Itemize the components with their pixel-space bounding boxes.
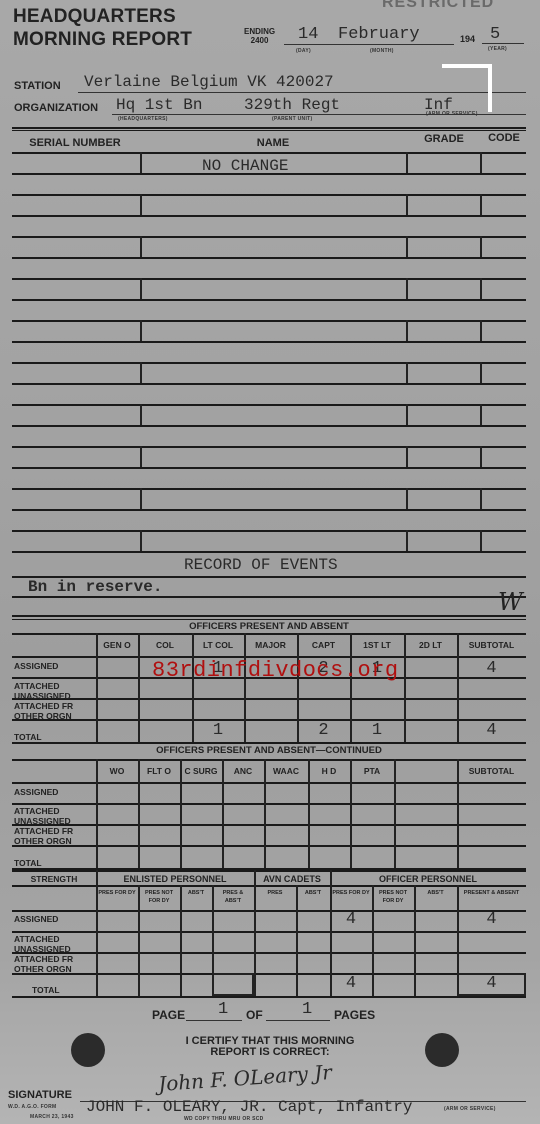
cell-value: 4 <box>330 974 372 993</box>
report-day: 14 <box>298 25 318 44</box>
cell-value: 2 <box>297 721 350 740</box>
strength-subcolumn: ABS'T <box>180 889 212 897</box>
white-bracket-mark <box>442 64 492 112</box>
col-header: WAAC <box>264 766 308 776</box>
col-header: C SURG <box>180 766 222 776</box>
col-serial-number: SERIAL NUMBER <box>14 137 136 149</box>
strength-group-header: OFFICER PERSONNEL <box>330 874 526 884</box>
title-headquarters: HEADQUARTERS <box>13 7 176 27</box>
col-name: NAME <box>140 137 406 149</box>
row-label: ATTACHEDUNASSIGNED <box>14 806 98 826</box>
page-number: 1 <box>218 1000 228 1019</box>
col-header: MAJOR <box>244 640 297 650</box>
col-header: PTA <box>350 766 394 776</box>
cell-value: 4 <box>457 659 526 678</box>
strength-label: STRENGTH <box>14 874 94 884</box>
total-pages: 1 <box>302 1000 312 1019</box>
strength-subcolumn: PRES NOT FOR DY <box>372 889 414 905</box>
page-label: PAGE <box>152 1008 185 1022</box>
col-code: CODE <box>482 132 526 144</box>
ending-label: ENDING 2400 <box>244 27 275 45</box>
handwritten-initial: W <box>498 588 523 616</box>
row-label: ATTACHED FROTHER ORGN <box>14 701 98 721</box>
cell-value: 1 <box>350 721 404 740</box>
col-header: LT COL <box>192 640 244 650</box>
officers-continued-heading: OFFICERS PRESENT AND ABSENT—CONTINUED <box>12 745 526 756</box>
cell-value: 4 <box>457 974 526 993</box>
cell-value: 4 <box>457 721 526 740</box>
morning-report-document: RESTRICTED HEADQUARTERS MORNING REPORT E… <box>0 0 540 1124</box>
row-label: ATTACHEDUNASSIGNED <box>14 681 98 701</box>
signer-name: JOHN F. OLEARY, JR. Capt, Infantry <box>86 1098 412 1116</box>
form-date: MARCH 23, 1943 <box>30 1114 74 1120</box>
col-grade: GRADE <box>408 133 480 145</box>
row-label: TOTAL <box>14 985 98 995</box>
col-header: WO <box>96 766 138 776</box>
col-header: FLT O <box>138 766 180 776</box>
day-caption: (DAY) <box>296 48 311 54</box>
strength-group-header: ENLISTED PERSONNEL <box>96 874 254 884</box>
handwritten-signature: John F. OLeary Jr <box>157 1060 332 1096</box>
binder-hole-left <box>71 1033 105 1067</box>
restricted-stamp: RESTRICTED <box>382 0 494 12</box>
col-header: CAPT <box>297 640 350 650</box>
watermark: 83rdinfdivdocs.org <box>152 658 399 683</box>
row-label: ATTACHED FROTHER ORGN <box>14 954 98 974</box>
strength-subcolumn: PRES & ABS'T <box>212 889 254 905</box>
row-label: ATTACHEDUNASSIGNED <box>14 934 98 954</box>
signer-arm-caption: (ARM OR SERVICE) <box>444 1106 496 1112</box>
cell-value: 4 <box>330 910 372 929</box>
report-month: February <box>338 25 420 44</box>
record-of-events-heading: RECORD OF EVENTS <box>184 556 338 574</box>
col-header: SUBTOTAL <box>457 766 526 776</box>
strength-subcolumn: PRES <box>254 889 296 897</box>
row-label: TOTAL <box>14 732 98 742</box>
col-header: GEN O <box>96 640 138 650</box>
org-parent-unit: 329th Regt <box>244 96 340 114</box>
col-header: SUBTOTAL <box>457 640 526 650</box>
organization-label: ORGANIZATION <box>14 102 98 114</box>
col-header: 1ST LT <box>350 640 404 650</box>
binder-hole-right <box>425 1033 459 1067</box>
date-underline <box>284 44 454 45</box>
col-header: H D <box>308 766 350 776</box>
cell-value: 1 <box>192 721 244 740</box>
row-label: ASSIGNED <box>14 661 98 671</box>
year-underline <box>482 43 524 44</box>
row-label: TOTAL <box>14 858 98 868</box>
pages-label: PAGES <box>334 1008 375 1022</box>
strength-subcolumn: PRES NOT FOR DY <box>138 889 180 905</box>
certification-text: I CERTIFY THAT THIS MORNING REPORT IS CO… <box>130 1036 410 1058</box>
strength-subcolumn: ABS'T <box>414 889 457 897</box>
strength-subcolumn: PRES FOR DY <box>96 889 138 897</box>
station-value: Verlaine Belgium VK 420027 <box>84 73 334 91</box>
strength-subcolumn: PRESENT & ABSENT <box>457 889 526 897</box>
col-header: COL <box>138 640 192 650</box>
row-label: ATTACHED FROTHER ORGN <box>14 826 98 846</box>
strength-subcolumn: PRES FOR DY <box>330 889 372 897</box>
signature-label: SIGNATURE <box>8 1089 72 1101</box>
cell-value: 4 <box>457 910 526 929</box>
title-morning-report: MORNING REPORT <box>13 30 192 50</box>
strength-group-header: AVN CADETS <box>254 874 330 884</box>
headquarters-caption: (HEADQUARTERS) <box>118 116 168 122</box>
copy-note: WD COPY THRU MRU OR SCD <box>184 1116 264 1122</box>
officers-heading: OFFICERS PRESENT AND ABSENT <box>12 621 526 632</box>
row-label: ASSIGNED <box>14 787 98 797</box>
form-number: W.D. A.G.O. FORM <box>8 1104 57 1110</box>
year-prefix: 194 <box>460 34 475 44</box>
record-of-events-text: Bn in reserve. <box>28 578 162 596</box>
parent-unit-caption: (PARENT UNIT) <box>272 116 312 122</box>
report-year: 5 <box>490 25 500 44</box>
of-label: OF <box>246 1008 263 1022</box>
year-caption: (YEAR) <box>488 46 507 52</box>
org-headquarters: Hq 1st Bn <box>116 96 202 114</box>
row-label: ASSIGNED <box>14 914 98 924</box>
strength-subcolumn: ABS'T <box>296 889 330 897</box>
col-header: ANC <box>222 766 264 776</box>
col-header: 2D LT <box>404 640 457 650</box>
station-label: STATION <box>14 80 61 92</box>
month-caption: (MONTH) <box>370 48 394 54</box>
